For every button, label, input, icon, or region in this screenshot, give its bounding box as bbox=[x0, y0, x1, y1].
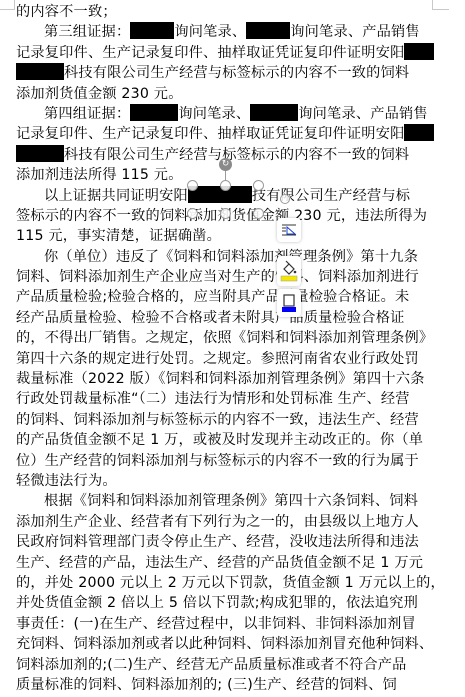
text-segment: 询问笔录、产品销售 bbox=[290, 24, 420, 40]
resize-handle-bottom-left[interactable] bbox=[187, 208, 198, 219]
text-segment: 第三组证据： bbox=[44, 24, 130, 40]
text-line[interactable]: 并处货值金额 2 倍以上 5 倍以下罚款;构成犯罪的，依法追究刑 bbox=[16, 593, 436, 613]
text-segment: 询问笔录、 bbox=[178, 106, 250, 122]
text-line[interactable]: 生产、经营的产品，违法生产、经营的产品货值金额不足 1 万元 bbox=[16, 553, 436, 573]
text-line[interactable]: 的，不得出厂销售。之规定，依照《饲料和饲料添加剂管理条例》 bbox=[16, 328, 436, 348]
text-segment: 并处货值金额 2 倍以上 5 倍以下罚款;构成犯罪的，依法追究刑 bbox=[16, 595, 418, 611]
document-page[interactable]: 的内容不一致；第三组证据：询问笔录、询问笔录、产品销售记录复印件、生产记录复印件… bbox=[16, 2, 436, 695]
resize-handle-bottom[interactable] bbox=[220, 208, 231, 219]
text-line[interactable]: 的，并处 2000 元以上 2 万元以下罚款，货值金额 1 万元以上的， bbox=[16, 573, 436, 593]
text-segment: 质量标准的饲料、饲料添加剂的; (三)生产、经营的饲料、饲 bbox=[16, 677, 397, 693]
text-segment: 添加剂违法所得 115 元。 bbox=[16, 167, 183, 183]
paint-bucket-icon bbox=[280, 260, 298, 282]
text-line[interactable]: 充饲料、饲料添加剂或者以此种饲料、饲料添加剂冒充他种饲料、 bbox=[16, 634, 436, 654]
resize-handle-top[interactable] bbox=[220, 180, 231, 191]
redaction-block[interactable] bbox=[130, 104, 178, 121]
redaction-block[interactable] bbox=[250, 104, 298, 121]
text-segment: 民政府饲料管理部门责令停止生产、经营，没收违法所得和违法 bbox=[16, 534, 419, 550]
text-line[interactable]: 根据《饲料和饲料添加剂管理条例》第四十六条饲料、饲料 bbox=[16, 491, 436, 511]
shape-outline-icon bbox=[281, 293, 297, 313]
text-line[interactable]: 第四十六条的规定进行处罚。之规定。参照河南省农业行政处罚 bbox=[16, 349, 436, 369]
text-line[interactable]: 的饲料、饲料添加剂与标签标示的内容不一致，违法生产、经营 bbox=[16, 410, 436, 430]
text-line[interactable]: 115 元，事实清楚，证据确凿。 bbox=[16, 226, 436, 246]
text-segment: 添加剂生产企业、经营者有下列行为之一的，由县级以上地方人 bbox=[16, 514, 419, 530]
text-segment: 记录复印件、生产记录复印件、抽样取证凭证复印件证明安阳 bbox=[16, 126, 404, 142]
text-line[interactable]: 第三组证据：询问笔录、询问笔录、产品销售 bbox=[16, 22, 436, 42]
resize-handle-bottom-right[interactable] bbox=[253, 208, 264, 219]
text-line[interactable]: 事责任：(一)在生产、经营过程中，以非饲料、非饲料添加剂冒 bbox=[16, 614, 436, 634]
text-segment: 添加剂货值金额 230 元。 bbox=[16, 86, 183, 102]
text-line[interactable]: 产品质量检验;检验合格的，应当附具产品质量检验合格证。未 bbox=[16, 287, 436, 307]
text-segment: 第四十六条的规定进行处罚。之规定。参照河南省农业行政处罚 bbox=[16, 351, 419, 367]
text-segment: 记录复印件、生产记录复印件、抽样取证凭证复印件证明安阳 bbox=[16, 45, 404, 61]
redaction-block[interactable] bbox=[16, 63, 64, 80]
text-line[interactable]: 民政府饲料管理部门责令停止生产、经营，没收违法所得和违法 bbox=[16, 532, 436, 552]
text-segment: 充饲料、饲料添加剂或者以此种饲料、饲料添加剂冒充他种饲料、 bbox=[16, 636, 433, 652]
outline-color-button[interactable] bbox=[277, 289, 301, 317]
resize-handle-top-right[interactable] bbox=[253, 180, 264, 191]
text-line[interactable]: 第四组证据：询问笔录、询问笔录、产品销售 bbox=[16, 104, 436, 124]
text-segment: 技有限公司生产经营与标 bbox=[252, 188, 410, 204]
text-line[interactable]: 你（单位）违反了《饲料和饲料添加剂管理条例》第十九条 bbox=[16, 247, 436, 267]
text-segment: 产品质量检验;检验合格的，应当附具产品质量检验合格证。未 bbox=[16, 289, 409, 305]
text-segment: 事责任：(一)在生产、经营过程中，以非饲料、非饲料添加剂冒 bbox=[16, 616, 416, 632]
redaction-block[interactable] bbox=[16, 145, 64, 162]
text-segment: 生产、经营的产品，违法生产、经营的产品货值金额不足 1 万元 bbox=[16, 555, 423, 571]
text-segment: 的，并处 2000 元以上 2 万元以下罚款，货值金额 1 万元以上的， bbox=[16, 575, 445, 591]
text-line[interactable]: 的内容不一致； bbox=[16, 2, 436, 22]
text-segment: 科技有限公司生产经营与标签标示的内容不一致的饲料 bbox=[64, 65, 409, 81]
text-line[interactable]: 记录复印件、生产记录复印件、抽样取证凭证复印件证明安阳 bbox=[16, 43, 436, 63]
text-segment: 经产品质量检验、检验不合格或者未附具产品质量检验合格证 bbox=[16, 310, 404, 326]
text-line[interactable]: 经产品质量检验、检验不合格或者未附具产品质量检验合格证 bbox=[16, 308, 436, 328]
text-segment: 的饲料、饲料添加剂与标签标示的内容不一致，违法生产、经营 bbox=[16, 412, 419, 428]
text-segment: 第四组证据： bbox=[44, 106, 130, 122]
text-line[interactable]: 轻微违法行为。 bbox=[16, 471, 436, 491]
text-segment: 以上证据共同证明安阳 bbox=[44, 188, 188, 204]
text-wrap-icon bbox=[281, 223, 297, 237]
text-line[interactable]: 裁量标准（2022 版）《饲料和饲料添加剂管理条例》第四十六条 bbox=[16, 369, 436, 389]
page-corner-mark-top-left bbox=[0, 0, 15, 10]
redaction-block[interactable] bbox=[130, 22, 174, 39]
rotate-handle-icon[interactable]: ↻ bbox=[219, 158, 232, 171]
text-segment: 115 元，事实清楚，证据确凿。 bbox=[16, 228, 221, 244]
text-segment: 行政处罚裁量标准“（二）违法行为情形和处罚标准 生产、经营 bbox=[16, 391, 410, 407]
text-segment: 位）生产经营的饲料添加剂与标签标示的内容不一致的行为属于 bbox=[16, 453, 419, 469]
text-line[interactable]: 饲料、饲料添加剂生产企业应当对生产的饲料、饲料添加剂进行 bbox=[16, 267, 436, 287]
text-segment: 你（单位）违反了《饲料和饲料添加剂管理条例》第十九条 bbox=[44, 249, 418, 265]
text-segment: 询问笔录、 bbox=[174, 24, 246, 40]
text-segment: 的产品货值金额不足 1 万，或被及时发现并主动改正的。你（单 bbox=[16, 432, 423, 448]
text-line[interactable]: 记录复印件、生产记录复印件、抽样取证凭证复印件证明安阳 bbox=[16, 124, 436, 144]
text-segment: 裁量标准（2022 版）《饲料和饲料添加剂管理条例》第四十六条 bbox=[16, 371, 425, 387]
text-segment: 科技有限公司生产经营与标签标示的内容不一致的饲料 bbox=[64, 147, 409, 163]
text-line[interactable]: 行政处罚裁量标准“（二）违法行为情形和处罚标准 生产、经营 bbox=[16, 389, 436, 409]
redaction-block[interactable] bbox=[404, 43, 434, 60]
text-segment: 饲料添加剂的;(二)生产、经营无产品质量标准或者不符合产品 bbox=[16, 657, 407, 673]
fill-color-button[interactable] bbox=[277, 256, 301, 286]
layout-options-button[interactable] bbox=[277, 218, 301, 242]
text-line[interactable]: 添加剂货值金额 230 元。 bbox=[16, 84, 436, 104]
text-line[interactable]: 添加剂生产企业、经营者有下列行为之一的，由县级以上地方人 bbox=[16, 512, 436, 532]
text-line[interactable]: 饲料添加剂的;(二)生产、经营无产品质量标准或者不符合产品 bbox=[16, 655, 436, 675]
text-line[interactable]: 位）生产经营的饲料添加剂与标签标示的内容不一致的行为属于 bbox=[16, 451, 436, 471]
resize-handle-top-left[interactable] bbox=[187, 180, 198, 191]
resize-handle-right-edge[interactable] bbox=[280, 194, 290, 204]
text-line[interactable]: 质量标准的饲料、饲料添加剂的; (三)生产、经营的饲料、饲 bbox=[16, 675, 436, 695]
redaction-block[interactable] bbox=[246, 22, 290, 39]
text-segment: 的内容不一致； bbox=[16, 4, 117, 20]
text-segment: 的，不得出厂销售。之规定，依照《饲料和饲料添加剂管理条例》 bbox=[16, 330, 433, 346]
text-line[interactable]: 的产品货值金额不足 1 万，或被及时发现并主动改正的。你（单 bbox=[16, 430, 436, 450]
text-line[interactable]: 科技有限公司生产经营与标签标示的内容不一致的饲料 bbox=[16, 63, 436, 83]
text-segment: 询问笔录、产品销售 bbox=[298, 106, 428, 122]
text-segment: 轻微违法行为。 bbox=[16, 473, 117, 489]
text-segment: 饲料、饲料添加剂生产企业应当对生产的饲料、饲料添加剂进行 bbox=[16, 269, 419, 285]
text-segment: 根据《饲料和饲料添加剂管理条例》第四十六条饲料、饲料 bbox=[44, 493, 418, 509]
redaction-block[interactable] bbox=[404, 124, 434, 141]
